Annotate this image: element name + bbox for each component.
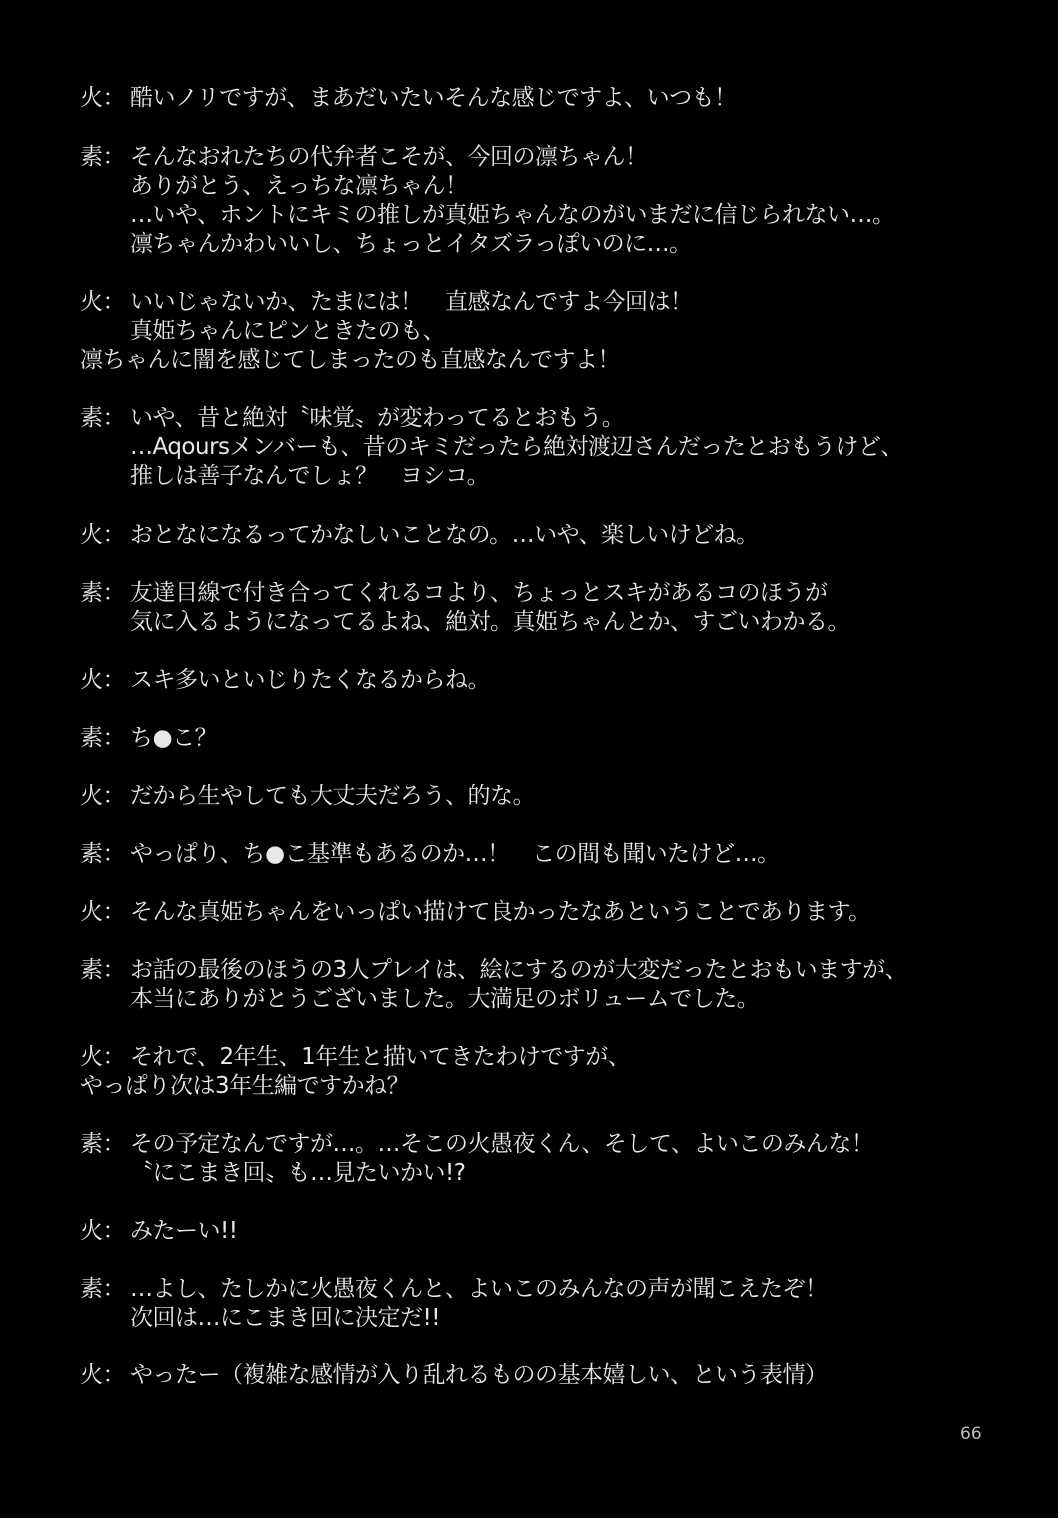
- dialogue-text: ち●こ？: [130, 725, 217, 751]
- dialogue-line: 素：その予定なんですが…。…そこの火愚夜くん、そして、よいこのみんな！: [80, 1130, 873, 1159]
- speaker-label: 素：: [80, 143, 130, 172]
- dialogue-text: ありがとう、えっちな凛ちゃん！: [130, 172, 468, 201]
- page-number: 66: [960, 1424, 982, 1444]
- dialogue-text: その予定なんですが…。…そこの火愚夜くん、そして、よいこのみんな！: [130, 1131, 873, 1157]
- speaker-label: 素：: [80, 724, 130, 753]
- speaker-label: 火：: [80, 1043, 130, 1072]
- dialogue-text: スキ多いといじりたくなるからね。: [130, 667, 490, 693]
- dialogue-text: 次回は…にこまき回に決定だ!!: [130, 1304, 440, 1333]
- dialogue-line: 素：そんなおれたちの代弁者こそが、今回の凛ちゃん！: [80, 143, 648, 172]
- speaker-label: 火：: [80, 521, 130, 550]
- speaker-label: 火：: [80, 84, 130, 113]
- dialogue-text: そんなおれたちの代弁者こそが、今回の凛ちゃん！: [130, 144, 648, 170]
- speaker-label: 素：: [80, 404, 130, 433]
- dialogue-line: 素：友達目線で付き合ってくれるコより、ちょっとスキがあるコのほうが: [80, 579, 828, 608]
- dialogue-text: やっぱり、ち●こ基準もあるのか…！ この間も聞いたけど…。: [130, 841, 780, 867]
- dialogue-line: 火：いいじゃないか、たまには！ 直感なんですよ今回は！: [80, 288, 693, 317]
- speaker-label: 素：: [80, 840, 130, 869]
- dialogue-text: 酷いノリですが、まあだいたいそんな感じですよ、いつも！: [130, 85, 737, 111]
- dialogue-line: 火：酷いノリですが、まあだいたいそんな感じですよ、いつも！: [80, 84, 737, 113]
- speaker-label: 火：: [80, 666, 130, 695]
- speaker-label: 素：: [80, 1130, 130, 1159]
- dialogue-text: やったー（複雑な感情が入り乱れるものの基本嬉しい、という表情）: [130, 1362, 828, 1388]
- dialogue-line: 素：やっぱり、ち●こ基準もあるのか…！ この間も聞いたけど…。: [80, 840, 780, 869]
- dialogue-text: それで、2年生、1年生と描いてきたわけですが、: [130, 1044, 630, 1070]
- dialogue-text: お話の最後のほうの3人プレイは、絵にするのが大変だったとおもいますが、: [130, 957, 907, 983]
- dialogue-text: やっぱり次は3年生編ですかね？: [80, 1072, 409, 1101]
- speaker-label: 素：: [80, 1275, 130, 1304]
- speaker-label: 素：: [80, 956, 130, 985]
- dialogue-line: 火：スキ多いといじりたくなるからね。: [80, 666, 490, 695]
- dialogue-text: 友達目線で付き合ってくれるコより、ちょっとスキがあるコのほうが: [130, 580, 828, 606]
- dialogue-text: いいじゃないか、たまには！ 直感なんですよ今回は！: [130, 289, 693, 315]
- speaker-label: 火：: [80, 1217, 130, 1246]
- dialogue-text: 真姫ちゃんにピンときたのも、: [130, 317, 445, 346]
- dialogue-text: 凛ちゃんかわいいし、ちょっとイタズラっぽいのに…。: [130, 230, 692, 259]
- speaker-label: 火：: [80, 1361, 130, 1390]
- dialogue-line: 素：…よし、たしかに火愚夜くんと、よいこのみんなの声が聞こえたぞ！: [80, 1275, 828, 1304]
- dialogue-line: 火：それで、2年生、1年生と描いてきたわけですが、: [80, 1043, 630, 1072]
- dialogue-line: 素：お話の最後のほうの3人プレイは、絵にするのが大変だったとおもいますが、: [80, 956, 907, 985]
- dialogue-text: 凛ちゃんに闇を感じてしまったのも直感なんですよ！: [80, 346, 620, 375]
- dialogue-text: …Aqoursメンバーも、昔のキミだったら絶対渡辺さんだったとおもうけど、: [130, 433, 903, 462]
- dialogue-line: 火：みたーい!!: [80, 1217, 237, 1246]
- dialogue-text: だから生やしても大丈夫だろう、的な。: [130, 783, 535, 809]
- speaker-label: 火：: [80, 898, 130, 927]
- dialogue-line: 火：おとなになるってかなしいことなの。…いや、楽しいけどね。: [80, 521, 759, 550]
- dialogue-text: 〝にこまき回〟も…見たいかい!?: [130, 1159, 465, 1188]
- dialogue-line: 火：そんな真姫ちゃんをいっぱい描けて良かったなあということであります。: [80, 898, 871, 927]
- dialogue-text: みたーい!!: [130, 1218, 237, 1244]
- dialogue-text: 本当にありがとうございました。大満足のボリュームでした。: [130, 985, 759, 1014]
- dialogue-line: 火：やったー（複雑な感情が入り乱れるものの基本嬉しい、という表情）: [80, 1361, 828, 1390]
- dialogue-text: おとなになるってかなしいことなの。…いや、楽しいけどね。: [130, 522, 759, 548]
- speaker-label: 素：: [80, 579, 130, 608]
- dialogue-line: 火：だから生やしても大丈夫だろう、的な。: [80, 782, 535, 811]
- dialogue-text: いや、昔と絶対〝味覚〟が変わってるとおもう。: [130, 405, 624, 431]
- dialogue-line: 素：いや、昔と絶対〝味覚〟が変わってるとおもう。: [80, 404, 624, 433]
- dialogue-text: そんな真姫ちゃんをいっぱい描けて良かったなあということであります。: [130, 899, 871, 925]
- dialogue-line: 素：ち●こ？: [80, 724, 217, 753]
- dialogue-text: 推しは善子なんでしょ？ ヨシコ。: [130, 462, 489, 491]
- dialogue-text: 気に入るようになってるよね、絶対。真姫ちゃんとか、すごいわかる。: [130, 608, 850, 637]
- dialogue-text: …よし、たしかに火愚夜くんと、よいこのみんなの声が聞こえたぞ！: [130, 1276, 828, 1302]
- speaker-label: 火：: [80, 782, 130, 811]
- dialogue-text: …いや、ホントにキミの推しが真姫ちゃんなのがいまだに信じられない…。: [130, 201, 895, 230]
- speaker-label: 火：: [80, 288, 130, 317]
